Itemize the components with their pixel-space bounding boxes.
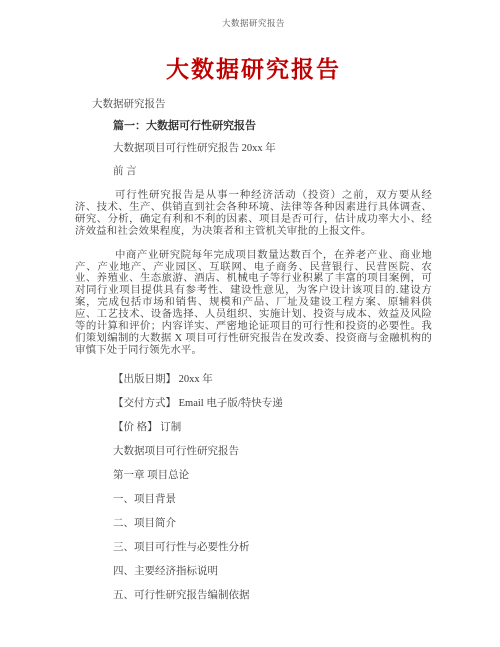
toc-item-5: 五、可行性研究报告编制依据 — [113, 590, 432, 602]
toc-item-4: 四、主要经济指标说明 — [113, 566, 432, 578]
toc-report-title: 大数据项目可行性研究报告 — [113, 446, 432, 458]
preface-label: 前 言 — [113, 166, 432, 178]
toc-chapter-heading: 第一章 项目总论 — [113, 470, 432, 482]
paragraph-feasibility-intro: 可行性研究报告是从事一种经济活动（投资）之前，双方要从经济、技术、生产、供销直到… — [75, 190, 432, 238]
page-header: 大数据研究报告 — [75, 17, 432, 29]
report-name-line: 大数据项目可行性研究报告 20xx 年 — [113, 143, 432, 155]
document-page: 大数据研究报告 大数据研究报告 大数据研究报告 篇一：大数据可行性研究报告 大数… — [0, 0, 500, 647]
toc-item-1: 一、项目背景 — [113, 494, 432, 506]
price-line: 【价 格】 订制 — [113, 422, 432, 434]
publish-date-line: 【出版日期】 20xx 年 — [113, 374, 432, 386]
document-subtitle: 大数据研究报告 — [92, 99, 432, 111]
section-heading: 篇一：大数据可行性研究报告 — [113, 120, 432, 132]
paragraph-research-institute: 中商产业研究院每年完成项目数量达数百个，在养老产业、商业地产、产业地产、产业园区… — [75, 250, 432, 357]
toc-item-2: 二、项目简介 — [113, 518, 432, 530]
delivery-method-line: 【交付方式】 Email 电子版/特快专递 — [113, 398, 432, 410]
toc-item-3: 三、项目可行性与必要性分析 — [113, 542, 432, 554]
document-title: 大数据研究报告 — [75, 55, 432, 85]
